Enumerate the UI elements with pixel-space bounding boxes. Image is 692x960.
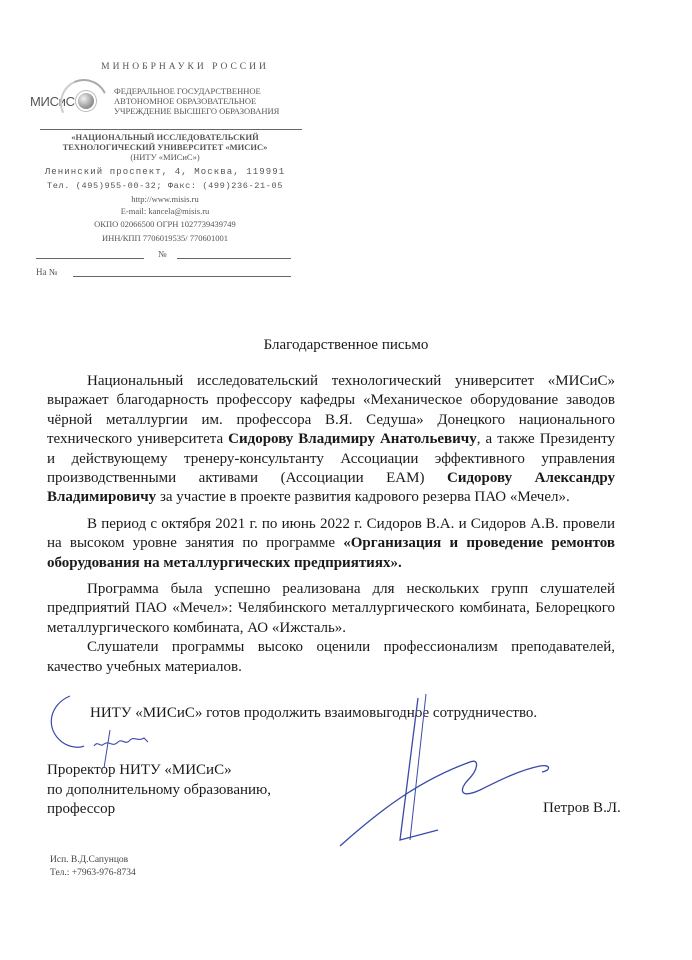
position-line: по дополнительному образованию, xyxy=(47,781,271,801)
email: E-mail: kancela@misis.ru xyxy=(30,205,300,217)
signature-icon xyxy=(330,690,560,850)
university-line: «НАЦИОНАЛЬНЫЙ ИССЛЕДОВАТЕЛЬСКИЙ xyxy=(30,132,300,142)
number-line xyxy=(177,250,291,259)
fgaou-text: ФЕДЕРАЛЬНОЕ ГОСУДАРСТВЕННОЕ АВТОНОМНОЕ О… xyxy=(114,86,279,116)
okpo-ogrn: ОКПО 02066500 ОГРН 1027739439749 xyxy=(30,217,300,231)
website: http://www.misis.ru xyxy=(30,193,300,205)
logo-row: МИСиС ФЕДЕРАЛЬНОЕ ГОСУДАРСТВЕННОЕ АВТОНО… xyxy=(30,78,300,124)
address: Ленинский проспект, 4, Москва, 119991 xyxy=(30,165,300,179)
phones: Тел. (495)955-00-32; Факс: (499)236-21-0… xyxy=(30,179,300,193)
paragraph-2: В период с октября 2021 г. по июнь 2022 … xyxy=(47,515,615,573)
reply-label: На № xyxy=(36,267,57,277)
reply-number-row: На № xyxy=(36,267,291,277)
date-line xyxy=(36,250,144,259)
recipient-name-1: Сидорову Владимиру Анатольевичу xyxy=(228,431,477,447)
reply-line xyxy=(73,268,291,277)
position-line: Проректор НИТУ «МИСиС» xyxy=(47,761,271,781)
paragraph-3: Программа была успешно реализована для н… xyxy=(47,580,615,638)
fgaou-line: УЧРЕЖДЕНИЕ ВЫСШЕГО ОБРАЗОВАНИЯ xyxy=(114,106,279,116)
signatory-position: Проректор НИТУ «МИСиС» по дополнительном… xyxy=(47,761,271,820)
outgoing-number-row: № xyxy=(36,249,291,259)
inn-kpp: ИНН/КПП 7706019535/ 770601001 xyxy=(30,231,300,245)
executor-phone: Тел.: +7963-976-8734 xyxy=(50,867,136,880)
signatory-name: Петров В.Л. xyxy=(543,800,621,817)
logo-arc-icon xyxy=(53,72,115,134)
letter-title: Благодарственное письмо xyxy=(0,337,692,354)
fgaou-line: ФЕДЕРАЛЬНОЕ ГОСУДАРСТВЕННОЕ xyxy=(114,86,279,96)
letter-body: Национальный исследовательский технологи… xyxy=(47,372,615,677)
ministry-label: МИНОБРНАУКИ РОССИИ xyxy=(70,62,300,72)
university-name: «НАЦИОНАЛЬНЫЙ ИССЛЕДОВАТЕЛЬСКИЙ ТЕХНОЛОГ… xyxy=(30,132,300,152)
paragraph-4: Слушатели программы высоко оценили профе… xyxy=(47,638,615,677)
letterhead-divider xyxy=(40,129,302,130)
executor-name: Исп. В.Д.Сапунцов xyxy=(50,854,136,867)
fgaou-line: АВТОНОМНОЕ ОБРАЗОВАТЕЛЬНОЕ xyxy=(114,96,279,106)
university-line: ТЕХНОЛОГИЧЕСКИЙ УНИВЕРСИТЕТ «МИСиС» xyxy=(30,142,300,152)
university-short: (НИТУ «МИСиС») xyxy=(30,152,300,163)
position-line: профессор xyxy=(47,800,271,820)
misis-logo: МИСиС xyxy=(30,93,108,109)
text: за участие в проекте развития кадрового … xyxy=(156,489,570,505)
paragraph-1: Национальный исследовательский технологи… xyxy=(47,372,615,508)
letterhead: МИНОБРНАУКИ РОССИИ МИСиС ФЕДЕРАЛЬНОЕ ГОС… xyxy=(30,62,300,245)
executor-info: Исп. В.Д.Сапунцов Тел.: +7963-976-8734 xyxy=(50,854,136,880)
approval-mark-icon xyxy=(40,690,160,760)
number-label: № xyxy=(158,249,167,259)
